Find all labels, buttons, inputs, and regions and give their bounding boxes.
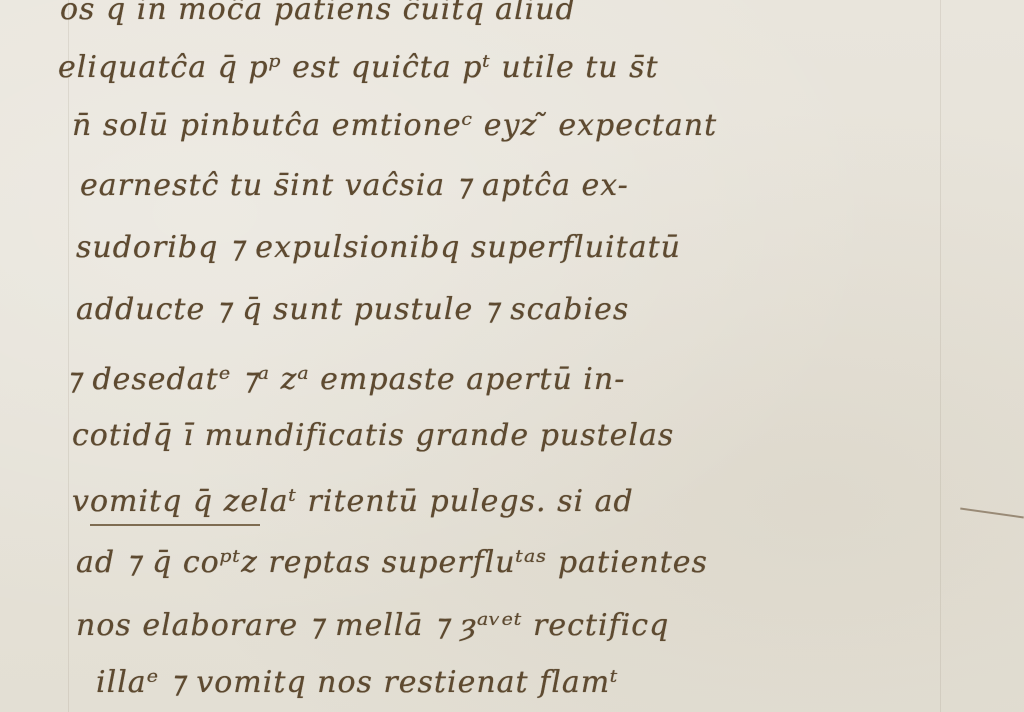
text-line-2: eliquatĉa q̄ pᵖ est quiĉta pᵗ utile tu s… <box>58 50 659 85</box>
text-line-7: ⁊ desedatᵉ ⁊ᵃ zᵃ empaste apertū in- <box>66 362 625 397</box>
text-line-9: vomitq q̄ zelaᵗ ritentū pulegs. si ad <box>72 484 634 519</box>
text-line-11: nos elaborare ⁊ mellā ⁊ ȝᵃᵛᵉᵗ rectificq <box>76 608 669 643</box>
underline-mark <box>90 524 260 526</box>
text-line-8: cotidq̄ ī mundificatis grande pustelas <box>72 418 674 453</box>
right-ruling-line <box>940 0 941 712</box>
left-ruling-line <box>68 0 69 712</box>
text-line-6: adducte ⁊ q̄ sunt pustule ⁊ scabies <box>76 292 629 327</box>
text-line-5: sudoribq ⁊ expulsionibq superfluitatū <box>76 230 681 265</box>
text-line-10: ad ⁊ q̄ coᵖᵗz reptas superfluᵗᵃˢ patient… <box>76 545 708 580</box>
manuscript-page: os q̄ in̄ moĉa patiens ĉuitq̃ aliud eliq… <box>0 0 1024 712</box>
text-line-12: illaᵉ ⁊ vomitq nos restienat flamᵗ <box>96 665 619 700</box>
text-line-1: os q̄ in̄ moĉa patiens ĉuitq̃ aliud <box>60 0 576 27</box>
margin-pen-stroke <box>960 508 1024 519</box>
text-line-4: earnestĉ tu s̄int vaĉsia ⁊ aptĉa ex- <box>80 168 629 203</box>
text-line-3: n̄ solū pinbutĉa emtioneᶜ eyz ̃ expectan… <box>72 108 717 143</box>
